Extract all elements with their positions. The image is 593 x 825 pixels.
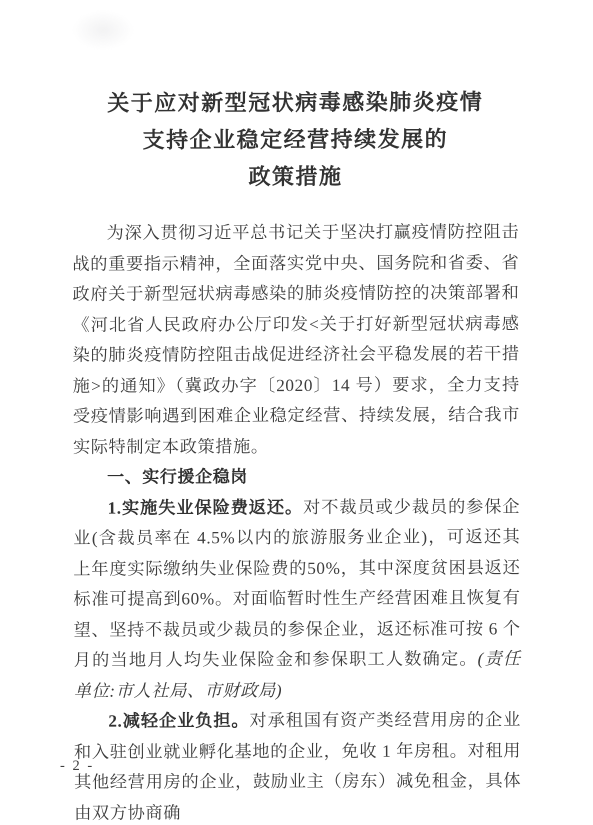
- section-1-heading: 一、实行援企稳岗: [73, 461, 520, 493]
- intro-paragraph: 为深入贯彻习近平总书记关于坚决打赢疫情防控阻击战的重要指示精神，全面落实党中央、…: [72, 217, 520, 463]
- document-content: 关于应对新型冠状病毒感染肺炎疫情 支持企业稳定经营持续发展的 政策措施 为深入贯…: [72, 83, 522, 825]
- scan-artifact: [72, 10, 134, 50]
- item-1-paragraph: 1.实施失业保险费返还。对不裁员或少裁员的参保企业(含裁员率在 4.5%以内的旅…: [73, 492, 521, 707]
- document-title: 关于应对新型冠状病毒感染肺炎疫情 支持企业稳定经营持续发展的 政策措施: [72, 83, 519, 196]
- page-number: - 2 -: [60, 758, 94, 775]
- item-2-lead: 2.减轻企业负担。: [108, 711, 249, 730]
- item-2-paragraph: 2.减轻企业负担。对承租国有资产类经营用房的企业和入驻创业就业孵化基地的企业，免…: [74, 705, 521, 825]
- item-1-lead: 1.实施失业保险费返还。: [108, 497, 304, 517]
- title-line-1: 关于应对新型冠状病毒感染肺炎疫情: [72, 83, 519, 122]
- title-line-3: 政策措施: [72, 157, 519, 196]
- item-1-body: 对不裁员或少裁员的参保企业(含裁员率在 4.5%以内的旅游服务业企业)，可返还其…: [73, 497, 520, 670]
- document-body: 为深入贯彻习近平总书记关于坚决打赢疫情防控阻击战的重要指示精神，全面落实党中央、…: [72, 217, 521, 825]
- document-page: 关于应对新型冠状病毒感染肺炎疫情 支持企业稳定经营持续发展的 政策措施 为深入贯…: [0, 0, 593, 825]
- title-line-2: 支持企业稳定经营持续发展的: [72, 120, 519, 159]
